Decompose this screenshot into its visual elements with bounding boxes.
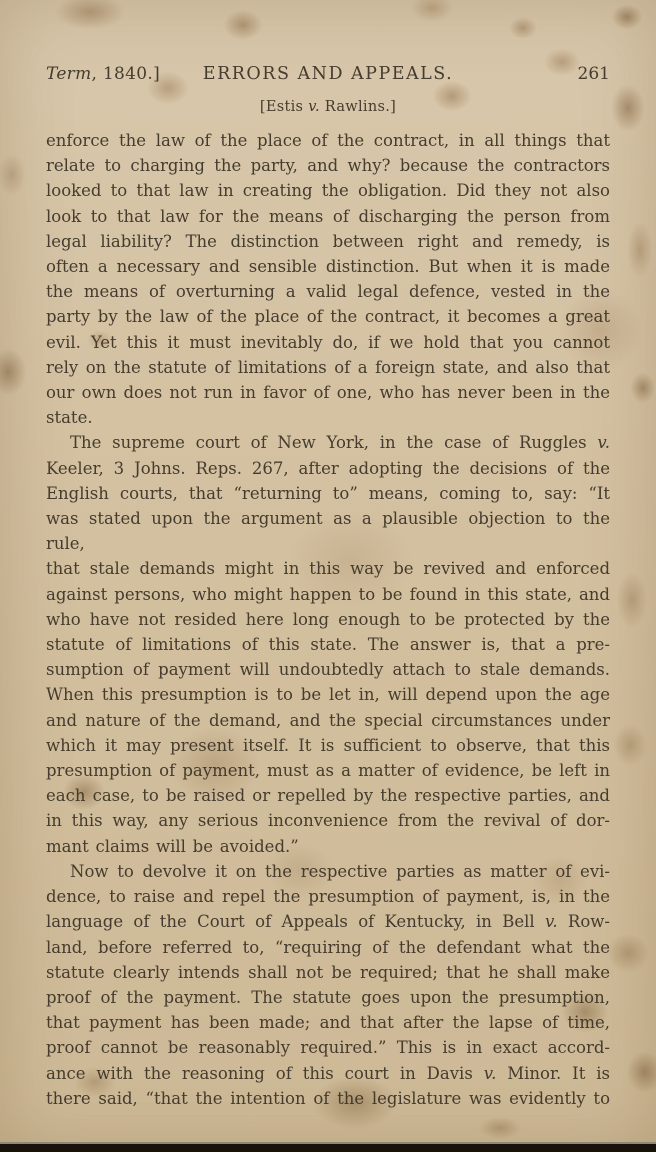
text-segment: Rawlins.] [320,99,396,115]
case-caption: [Estis v. Rawlins.] [0,99,656,115]
text-line: sumption of payment will undoubtedly att… [46,657,610,682]
text-line: looked to that law in creating the oblig… [46,178,610,203]
text-line: When this presumption is to be let in, w… [46,682,610,707]
text-segment: Minor. It is [496,1064,610,1083]
text-segment: v. [597,433,610,452]
text-line: state. [46,405,610,430]
text-line: that stale demands might in this way be … [46,556,610,581]
text-line: The supreme court of New York, in the ca… [46,430,610,455]
text-segment: v. [484,1064,497,1083]
page-number: 261 [453,64,610,84]
text-line: our own does not run in favor of one, wh… [46,380,610,405]
text-line: was stated upon the argument as a plausi… [46,506,610,556]
text-line: that payment has been made; and that aft… [46,1010,610,1035]
text-line: and nature of the demand, and the specia… [46,708,610,733]
paragraph: Now to devolve it on the respective part… [46,859,610,1111]
text-line: legal liability? The distinction between… [46,229,610,254]
text-line: language of the Court of Appeals of Kent… [46,909,610,934]
text-segment: Term [46,64,92,84]
text-line: enforce the law of the place of the cont… [46,128,610,153]
text-segment: ance with the reasoning of this court in… [46,1064,484,1083]
text-line: relate to charging the party, and why? b… [46,153,610,178]
text-segment: , 1840.] [92,64,161,84]
running-header: Term, 1840.] ERRORS AND APPEALS. 261 [0,0,656,84]
text-line: mant claims will be avoided.” [46,834,610,859]
text-line: against persons, who might happen to be … [46,582,610,607]
text-line: the means of overturning a valid legal d… [46,279,610,304]
text-segment: Row- [558,912,610,931]
scan-bottom-edge [0,1142,656,1152]
text-line: there said, “that the intention of the l… [46,1086,610,1111]
page-title: ERRORS AND APPEALS. [203,64,453,84]
text-line: statute of limitations of this state. Th… [46,632,610,657]
text-line: evil. Yet this it must inevitably do, if… [46,330,610,355]
text-line: Now to devolve it on the respective part… [46,859,610,884]
text-line: English courts, that “returning to” mean… [46,481,610,506]
text-line: rely on the statute of limitations of a … [46,355,610,380]
paragraph: enforce the law of the place of the cont… [46,128,610,430]
text-line: proof cannot be reasonably required.” Th… [46,1035,610,1060]
text-line: presumption of payment, must as a matter… [46,758,610,783]
text-line: which it may present itself. It is suffi… [46,733,610,758]
text-line: land, before referred to, “requiring of … [46,935,610,960]
text-line: statute clearly intends shall not be req… [46,960,610,985]
text-line: dence, to raise and repel the presumptio… [46,884,610,909]
text-segment: v. [308,99,320,115]
book-page: Term, 1840.] ERRORS AND APPEALS. 261 [Es… [0,0,656,1152]
text-segment: The supreme court of New York, in the ca… [70,433,597,452]
text-line: look to that law for the means of discha… [46,204,610,229]
text-segment: v. [545,912,558,931]
text-segment: language of the Court of Appeals of Kent… [46,912,545,931]
text-line: proof of the payment. The statute goes u… [46,985,610,1010]
text-line: who have not resided here long enough to… [46,607,610,632]
text-segment: [Estis [260,99,308,115]
paragraph: The supreme court of New York, in the ca… [46,430,610,858]
text-line: each case, to be raised or repelled by t… [46,783,610,808]
text-line: party by the law of the place of the con… [46,304,610,329]
text-line: in this way, any serious inconvenience f… [46,808,610,833]
text-line: often a necessary and sensible distincti… [46,254,610,279]
body-text: enforce the law of the place of the cont… [46,128,610,1111]
header-term-date: Term, 1840.] [46,64,203,84]
text-line: ance with the reasoning of this court in… [46,1061,610,1086]
text-line: Keeler, 3 Johns. Reps. 267, after adopti… [46,456,610,481]
